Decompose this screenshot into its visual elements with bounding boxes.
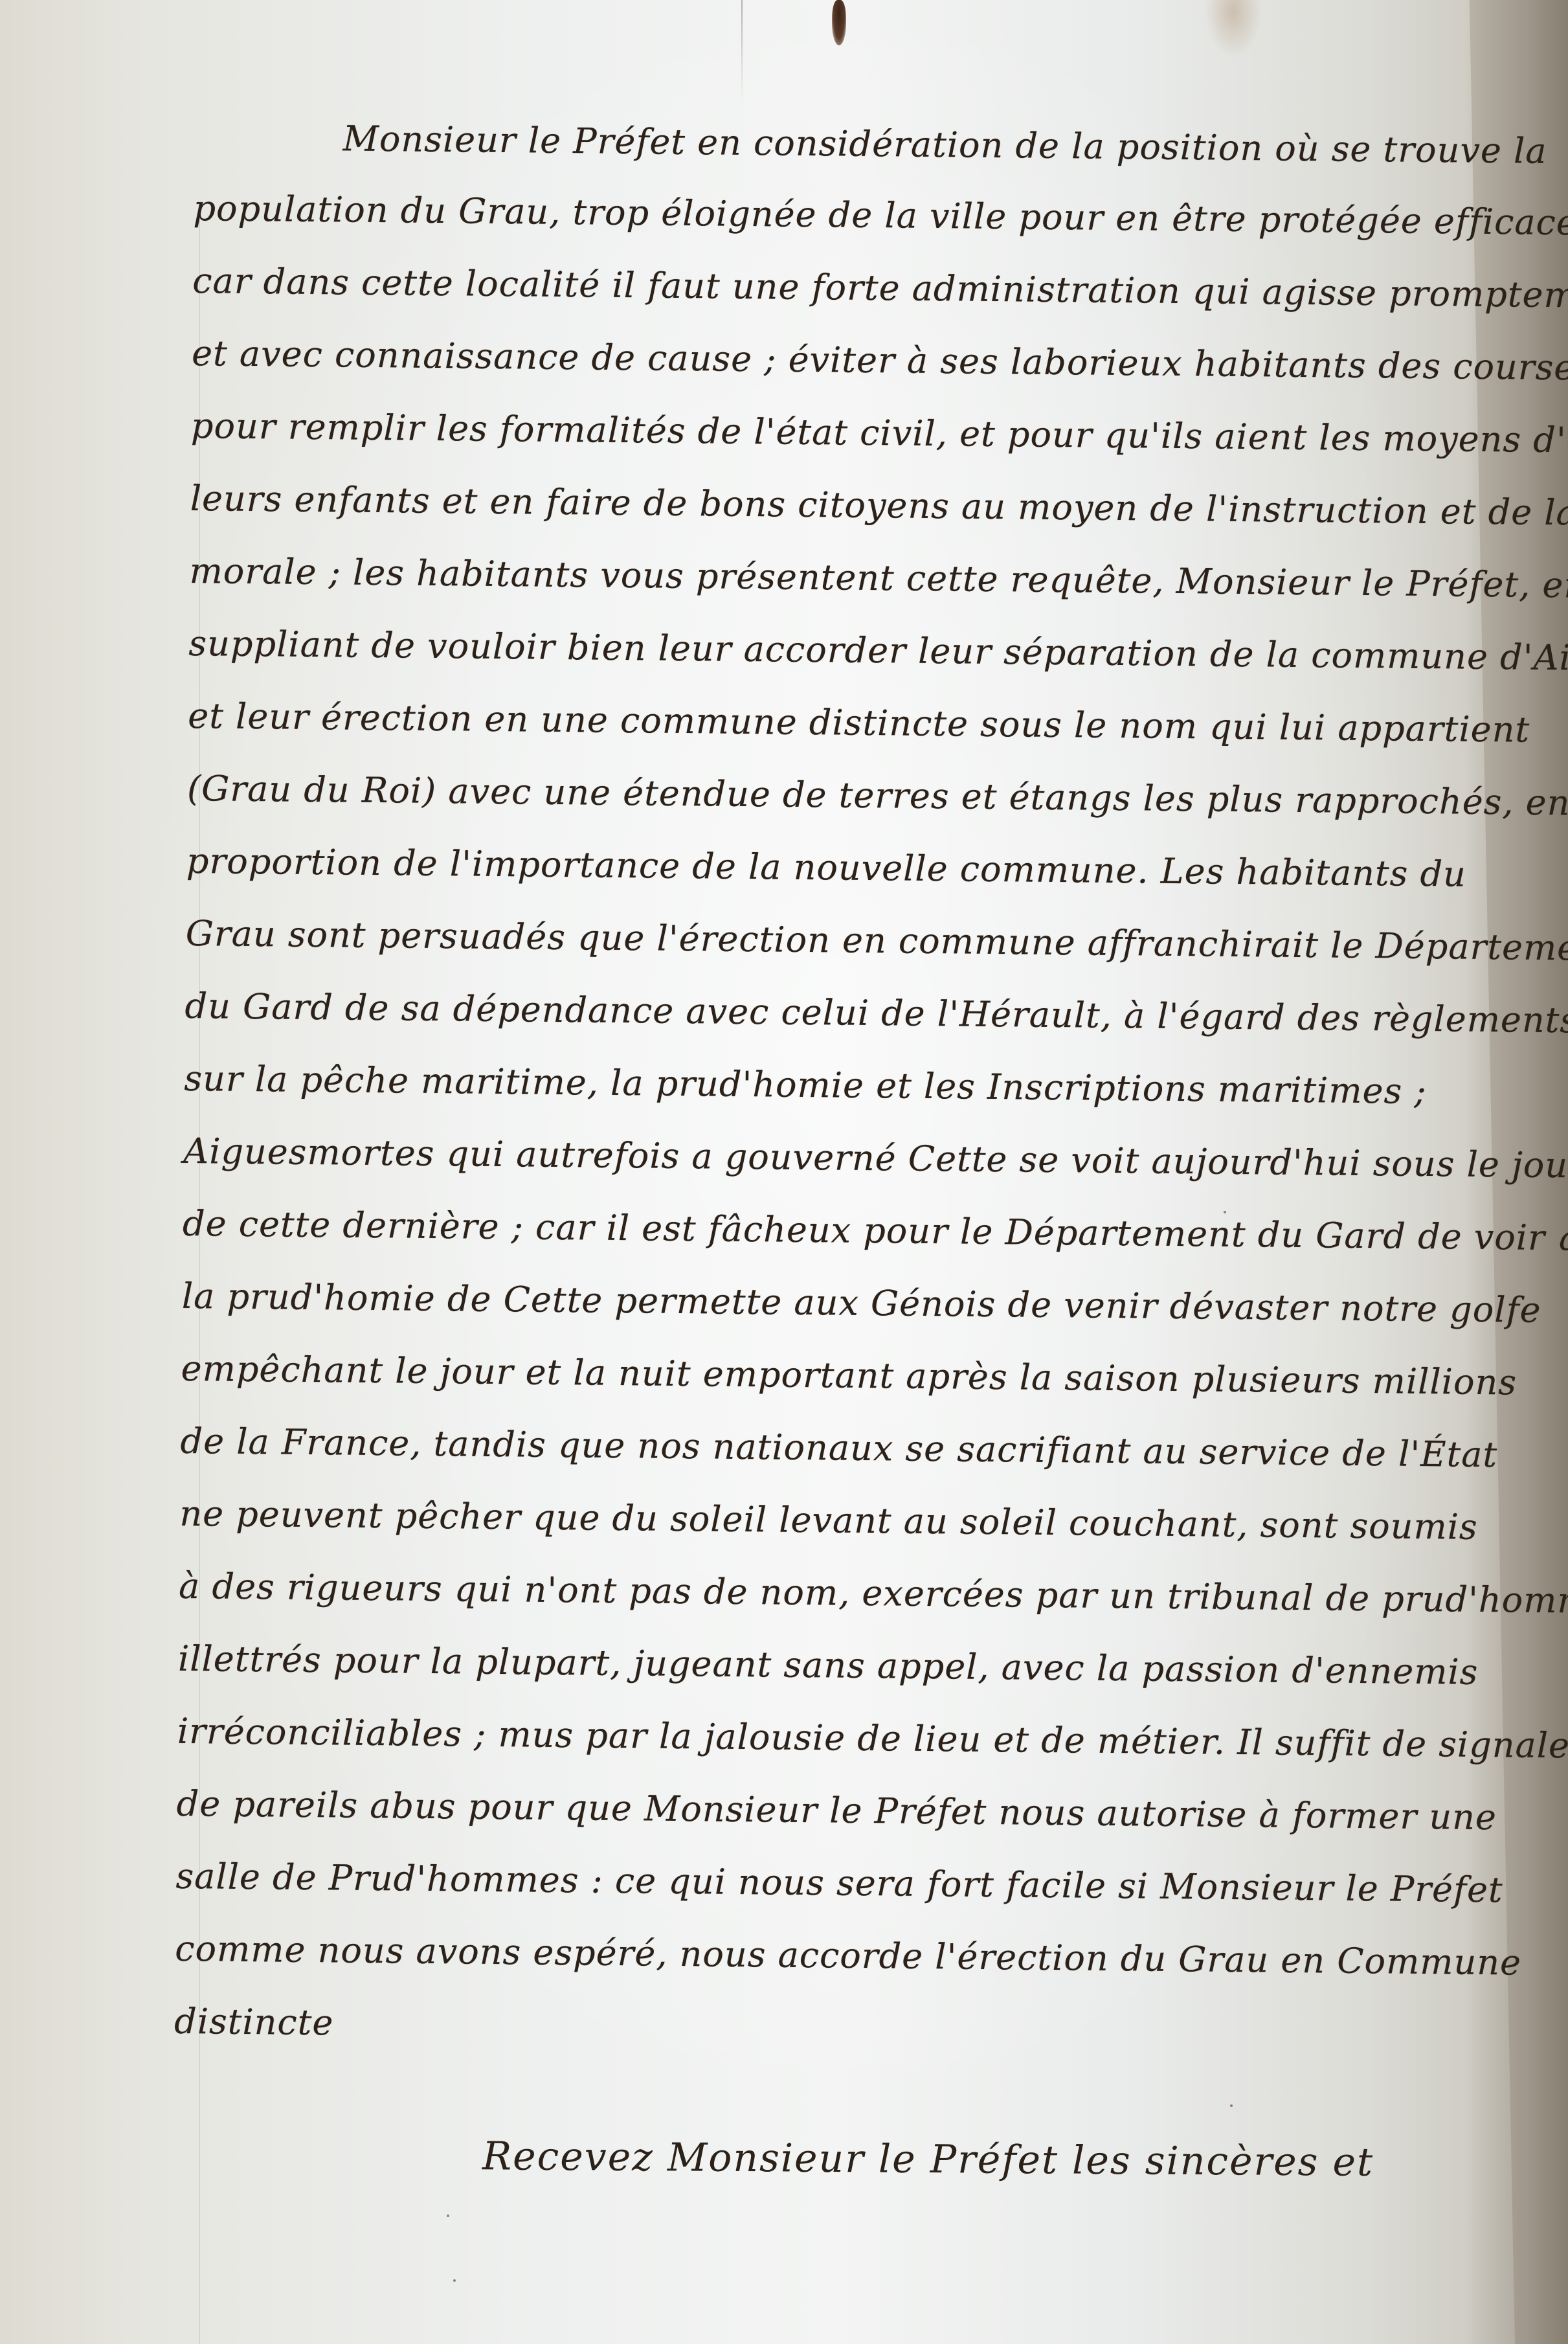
paper-speck	[1295, 1897, 1297, 1900]
ink-stain	[832, 0, 846, 45]
paper-speck	[1230, 2104, 1233, 2107]
paper-speck	[447, 2214, 449, 2217]
foxing-stain	[1204, 0, 1262, 58]
paper-crease	[741, 0, 743, 104]
closing-salutation: Recevez Monsieur le Préfet les sincères …	[482, 2134, 1374, 2185]
paper-speck	[453, 2279, 456, 2282]
paper-speck	[1224, 1211, 1226, 1213]
body-line: distincte	[174, 2001, 334, 2044]
